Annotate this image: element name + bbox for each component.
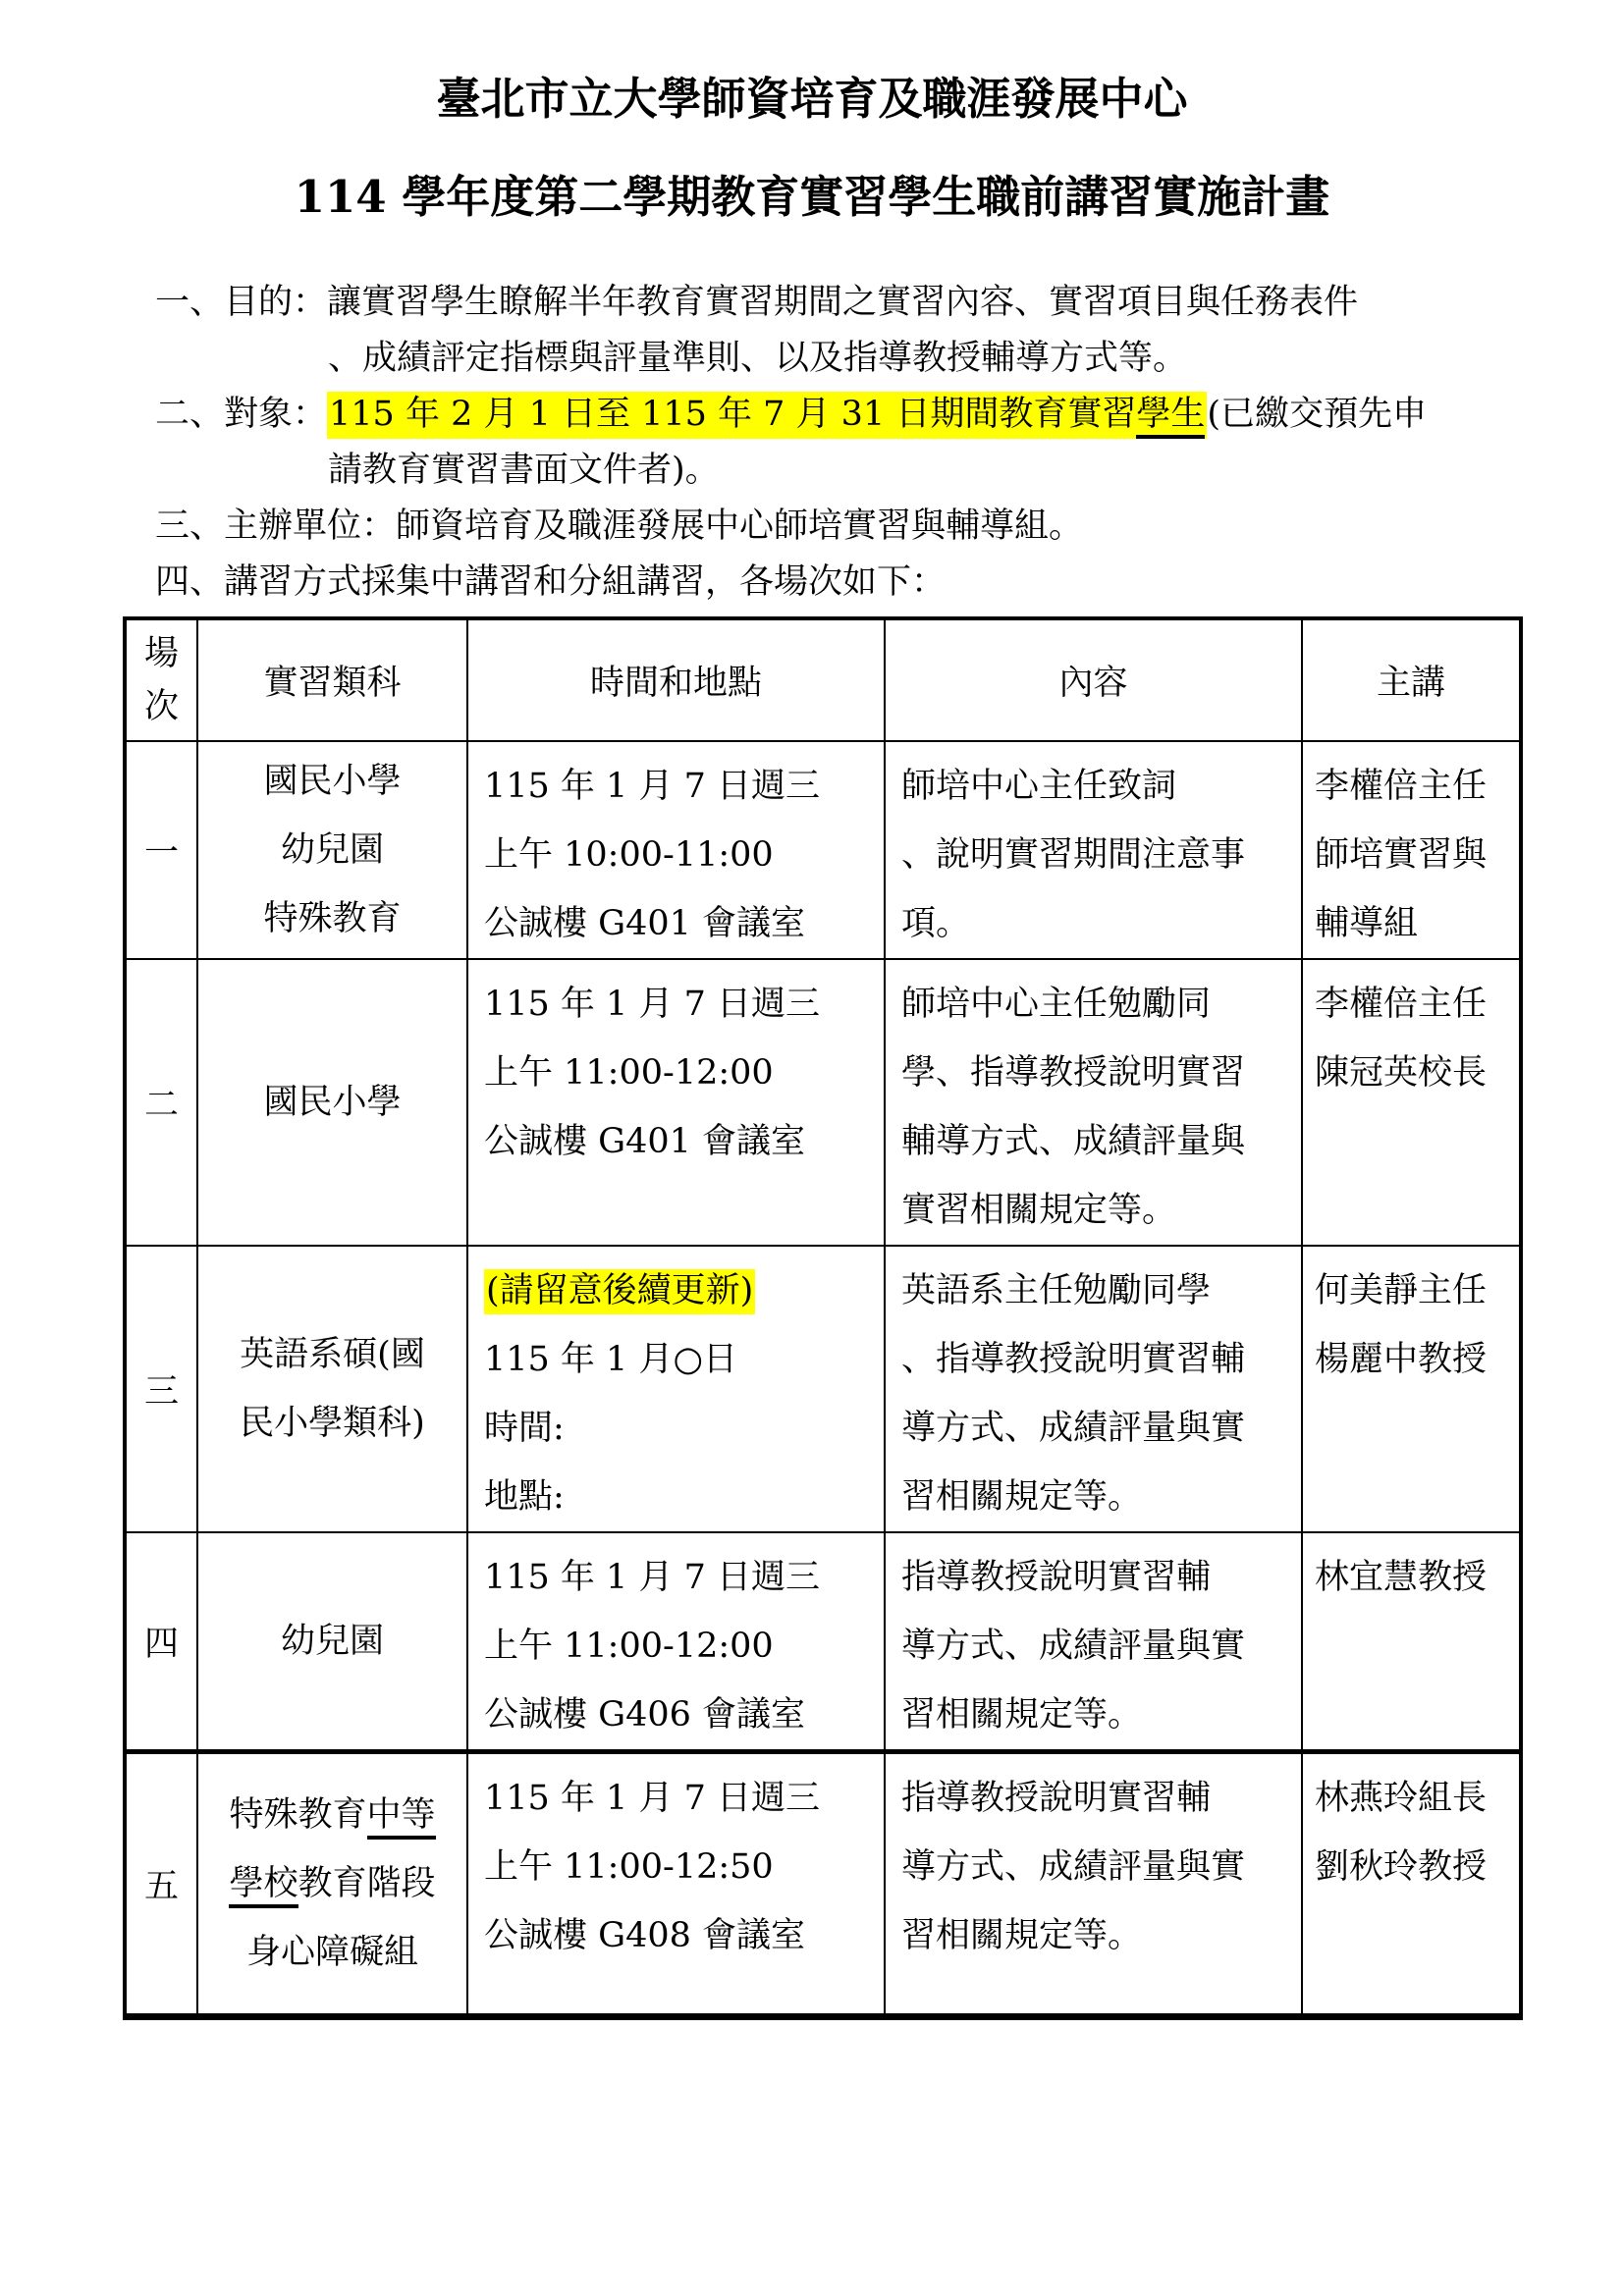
speaker-line: 楊麗中教授 [1315, 1325, 1517, 1394]
time-line: 上午 11:00-12:00 [484, 1039, 880, 1107]
content-cell: 英語系主任勉勵同學 、指導教授說明實習輔 導方式、成績評量與實 習相關規定等。 [885, 1246, 1302, 1532]
category-line: 國民小學 [198, 747, 466, 816]
content-cell: 師培中心主任致詞 、說明實習期間注意事 項。 [885, 741, 1302, 959]
category-line: 英語系碩(國 [198, 1320, 466, 1389]
time-line: 115 年 1 月 7 日週三 [484, 970, 880, 1039]
time-line: 115 年 1 月 7 日週三 [484, 752, 880, 821]
content-line: 導方式、成績評量與實 [901, 1612, 1297, 1681]
speaker-line: 輔導組 [1315, 889, 1517, 958]
category-cell: 英語系碩(國 民小學類科) [197, 1246, 467, 1532]
time-update-notice: (請留意後續更新) [484, 1256, 880, 1325]
content-line: 導方式、成績評量與實 [901, 1394, 1297, 1463]
category-line: 特殊教育 [198, 884, 466, 953]
header-session-bottom: 次 [127, 680, 196, 733]
content-line: 、說明實習期間注意事 [901, 821, 1297, 889]
speaker-cell: 李權倍主任 陳冠英校長 [1302, 959, 1521, 1246]
category-line: 國民小學 [198, 1068, 466, 1137]
header-cell-speaker: 主講 [1302, 618, 1521, 741]
content-line: 師培中心主任致詞 [901, 752, 1297, 821]
content-line: 指導教授說明實習輔 [901, 1543, 1297, 1612]
speaker-line: 李權倍主任 [1315, 752, 1517, 821]
category-cell: 幼兒園 [197, 1532, 467, 1752]
doc-title-line1: 臺北市立大學師資培育及職涯發展中心 [0, 0, 1624, 130]
time-line: 115 年 1 月○日 [484, 1325, 880, 1394]
header-cell-time: 時間和地點 [467, 618, 885, 741]
speaker-line: 林燕玲組長 [1315, 1764, 1517, 1833]
item-organizer: 三、主辦單位：師資培育及職涯發展中心師培實習與輔導組。 [155, 499, 1516, 555]
content-line: 項。 [901, 889, 1297, 958]
content-line: 師培中心主任勉勵同 [901, 970, 1297, 1039]
item-purpose-line1: 一、目的：讓實習學生瞭解半年教育實習期間之實習內容、實習項目與任務表件 [155, 275, 1516, 331]
table-row: 四 幼兒園 115 年 1 月 7 日週三 上午 11:00-12:00 公誠樓… [125, 1532, 1521, 1752]
category-underlined-text: 中等 [367, 1795, 436, 1840]
time-line: 上午 10:00-11:00 [484, 821, 880, 889]
table-row: 五 特殊教育中等 學校教育階段 身心障礙組 115 年 1 月 7 日週三 上午… [125, 1752, 1521, 2017]
speaker-line: 林宜慧教授 [1315, 1543, 1517, 1612]
time-line: 上午 11:00-12:50 [484, 1833, 880, 1901]
category-underlined-text: 學校 [229, 1864, 298, 1908]
speaker-cell: 林宜慧教授 [1302, 1532, 1521, 1752]
category-line: 幼兒園 [198, 816, 466, 884]
content-cell: 指導教授說明實習輔 導方式、成績評量與實 習相關規定等。 [885, 1752, 1302, 2017]
speaker-line: 李權倍主任 [1315, 970, 1517, 1039]
category-text: 教育階段 [298, 1864, 436, 1903]
time-line: 時間: [484, 1394, 880, 1463]
time-update-highlight: (請留意後續更新) [484, 1269, 755, 1314]
content-line: 實習相關規定等。 [901, 1176, 1297, 1245]
time-line: 公誠樓 G408 會議室 [484, 1901, 880, 1970]
content-line: 習相關規定等。 [901, 1681, 1297, 1749]
content-line: 指導教授說明實習輔 [901, 1764, 1297, 1833]
header-session-top: 場 [127, 627, 196, 680]
time-line: 上午 11:00-12:00 [484, 1612, 880, 1681]
speaker-line: 師培實習與 [1315, 821, 1517, 889]
time-cell: 115 年 1 月 7 日週三 上午 11:00-12:00 公誠樓 G406 … [467, 1532, 885, 1752]
numbered-items: 一、目的：讓實習學生瞭解半年教育實習期間之實習內容、實習項目與任務表件 、成績評… [155, 275, 1516, 611]
header-cell-content: 內容 [885, 618, 1302, 741]
content-line: 導方式、成績評量與實 [901, 1833, 1297, 1901]
speaker-line: 陳冠英校長 [1315, 1039, 1517, 1107]
category-cell: 特殊教育中等 學校教育階段 身心障礙組 [197, 1752, 467, 2017]
category-line: 學校教育階段 [198, 1849, 466, 1918]
category-line: 特殊教育中等 [198, 1781, 466, 1849]
document-page: 臺北市立大學師資培育及職涯發展中心 114 學年度第二學期教育實習學生職前講習實… [0, 0, 1624, 2296]
time-line: 115 年 1 月 7 日週三 [484, 1764, 880, 1833]
doc-title-line2: 114 學年度第二學期教育實習學生職前講習實施計畫 [0, 167, 1624, 228]
header-cell-category: 實習類科 [197, 618, 467, 741]
content-line: 輔導方式、成績評量與 [901, 1107, 1297, 1176]
table-row: 三 英語系碩(國 民小學類科) (請留意後續更新) 115 年 1 月○日 時間… [125, 1246, 1521, 1532]
category-line: 民小學類科) [198, 1389, 466, 1458]
time-line: 地點: [484, 1463, 880, 1531]
content-line: 英語系主任勉勵同學 [901, 1256, 1297, 1325]
time-line: 115 年 1 月 7 日週三 [484, 1543, 880, 1612]
category-line: 身心障礙組 [198, 1918, 466, 1987]
item-target-suffix: (已繳交預先申 [1207, 395, 1427, 434]
time-cell: (請留意後續更新) 115 年 1 月○日 時間: 地點: [467, 1246, 885, 1532]
time-cell: 115 年 1 月 7 日週三 上午 10:00-11:00 公誠樓 G401 … [467, 741, 885, 959]
category-cell: 國民小學 [197, 959, 467, 1246]
speaker-cell: 林燕玲組長 劉秋玲教授 [1302, 1752, 1521, 2017]
target-highlight: 115 年 2 月 1 日至 115 年 7 月 31 日期間教育實習學生 [327, 392, 1207, 439]
item-target-line1: 二、對象：115 年 2 月 1 日至 115 年 7 月 31 日期間教育實習… [155, 387, 1516, 443]
table-header-row: 場 次 實習類科 時間和地點 內容 主講 [125, 618, 1521, 741]
speaker-cell: 李權倍主任 師培實習與 輔導組 [1302, 741, 1521, 959]
session-cell: 三 [125, 1246, 197, 1532]
header-cell-session: 場 次 [125, 618, 197, 741]
content-line: 習相關規定等。 [901, 1463, 1297, 1531]
session-cell: 四 [125, 1532, 197, 1752]
content-line: 、指導教授說明實習輔 [901, 1325, 1297, 1394]
target-highlight-underlined: 學生 [1136, 395, 1205, 439]
session-cell: 一 [125, 741, 197, 959]
session-cell: 二 [125, 959, 197, 1246]
table-row: 一 國民小學 幼兒園 特殊教育 115 年 1 月 7 日週三 上午 10:00… [125, 741, 1521, 959]
category-line: 幼兒園 [198, 1607, 466, 1676]
table-row: 二 國民小學 115 年 1 月 7 日週三 上午 11:00-12:00 公誠… [125, 959, 1521, 1246]
target-highlight-text: 115 年 2 月 1 日至 115 年 7 月 31 日期間教育實習 [329, 395, 1136, 434]
category-cell: 國民小學 幼兒園 特殊教育 [197, 741, 467, 959]
session-cell: 五 [125, 1752, 197, 2017]
content-line: 學、指導教授說明實習 [901, 1039, 1297, 1107]
item-purpose-line2: 、成績評定指標與評量準則、以及指導教授輔導方式等。 [328, 331, 1516, 387]
time-cell: 115 年 1 月 7 日週三 上午 11:00-12:50 公誠樓 G408 … [467, 1752, 885, 2017]
category-text: 特殊教育 [229, 1795, 366, 1835]
time-cell: 115 年 1 月 7 日週三 上午 11:00-12:00 公誠樓 G401 … [467, 959, 885, 1246]
content-cell: 師培中心主任勉勵同 學、指導教授說明實習 輔導方式、成績評量與 實習相關規定等。 [885, 959, 1302, 1246]
content-cell: 指導教授說明實習輔 導方式、成績評量與實 習相關規定等。 [885, 1532, 1302, 1752]
time-line: 公誠樓 G406 會議室 [484, 1681, 880, 1749]
schedule-table: 場 次 實習類科 時間和地點 內容 主講 一 國民小學 幼兒園 特殊教育 115… [123, 616, 1523, 2020]
time-line: 公誠樓 G401 會議室 [484, 1107, 880, 1176]
speaker-line: 何美靜主任 [1315, 1256, 1517, 1325]
item-target-line2: 請教育實習書面文件者)。 [328, 443, 1516, 499]
speaker-line: 劉秋玲教授 [1315, 1833, 1517, 1901]
content-line: 習相關規定等。 [901, 1901, 1297, 1970]
time-line: 公誠樓 G401 會議室 [484, 889, 880, 958]
item-target-prefix: 二、對象： [155, 395, 327, 434]
speaker-cell: 何美靜主任 楊麗中教授 [1302, 1246, 1521, 1532]
item-method: 四、講習方式採集中講習和分組講習，各場次如下： [155, 555, 1516, 611]
